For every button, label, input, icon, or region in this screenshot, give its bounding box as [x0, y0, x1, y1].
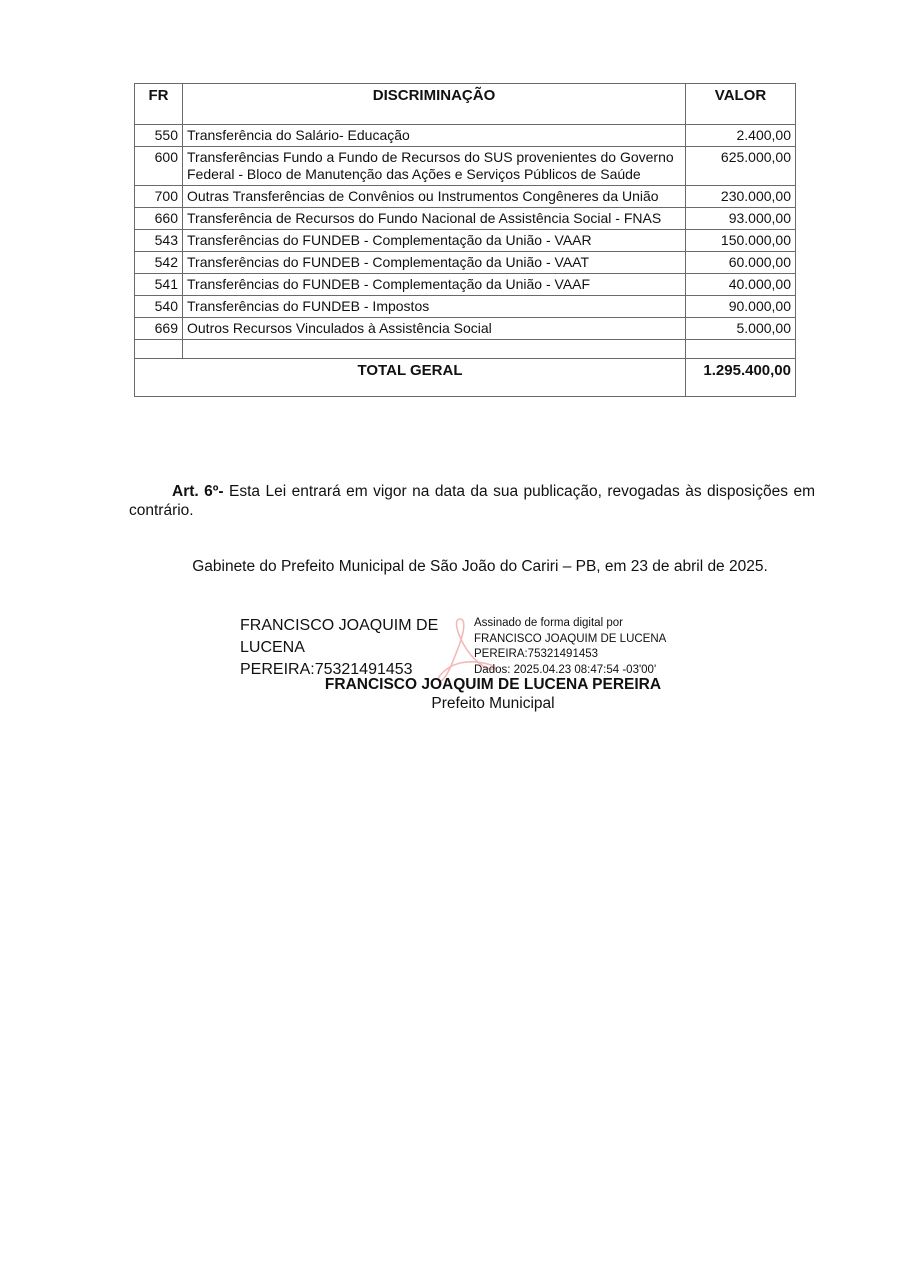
cell-description: Outros Recursos Vinculados à Assistência… — [183, 318, 686, 340]
cell-fr: 600 — [135, 147, 183, 186]
cell-description: Outras Transferências de Convênios ou In… — [183, 186, 686, 208]
cell-value: 90.000,00 — [686, 296, 796, 318]
digital-signature-name: FRANCISCO JOAQUIM DE LUCENA PEREIRA:7532… — [240, 615, 438, 681]
cell-fr: 541 — [135, 274, 183, 296]
article-paragraph: Art. 6º- Esta Lei entrará em vigor na da… — [129, 482, 815, 520]
cell-value: 5.000,00 — [686, 318, 796, 340]
cell-description: Transferências Fundo a Fundo de Recursos… — [183, 147, 686, 186]
signer-role: Prefeito Municipal — [0, 695, 900, 713]
table-row: 550Transferência do Salário- Educação2.4… — [135, 125, 796, 147]
table-row: 540Transferências do FUNDEB - Impostos90… — [135, 296, 796, 318]
cell-fr: 669 — [135, 318, 183, 340]
table-row: 541Transferências do FUNDEB - Complement… — [135, 274, 796, 296]
empty-row — [135, 340, 796, 359]
cell-description: Transferência de Recursos do Fundo Nacio… — [183, 208, 686, 230]
header-value: VALOR — [686, 84, 796, 125]
article-text: Esta Lei entrará em vigor na data da sua… — [129, 483, 815, 519]
cell-value: 625.000,00 — [686, 147, 796, 186]
cell-value: 150.000,00 — [686, 230, 796, 252]
table-row: 660Transferência de Recursos do Fundo Na… — [135, 208, 796, 230]
cell-fr: 550 — [135, 125, 183, 147]
cell-value: 230.000,00 — [686, 186, 796, 208]
cell-description: Transferências do FUNDEB - Impostos — [183, 296, 686, 318]
cell-description: Transferências do FUNDEB - Complementaçã… — [183, 230, 686, 252]
signer-name: FRANCISCO JOAQUIM DE LUCENA PEREIRA — [0, 676, 900, 694]
cell-value: 60.000,00 — [686, 252, 796, 274]
cell-fr: 543 — [135, 230, 183, 252]
cell-value: 2.400,00 — [686, 125, 796, 147]
cell-fr: 700 — [135, 186, 183, 208]
table-row: 700Outras Transferências de Convênios ou… — [135, 186, 796, 208]
digital-signature-info: Assinado de forma digital por FRANCISCO … — [474, 616, 666, 678]
table-row: 542Transferências do FUNDEB - Complement… — [135, 252, 796, 274]
place-date: Gabinete do Prefeito Municipal de São Jo… — [0, 558, 900, 576]
cell-description: Transferências do FUNDEB - Complementaçã… — [183, 274, 686, 296]
header-description: DISCRIMINAÇÃO — [183, 84, 686, 125]
cell-description: Transferências do FUNDEB - Complementaçã… — [183, 252, 686, 274]
article-label: Art. 6º- — [172, 483, 224, 500]
budget-table: FR DISCRIMINAÇÃO VALOR 550Transferência … — [134, 83, 796, 397]
cell-description: Transferência do Salário- Educação — [183, 125, 686, 147]
table-header-row: FR DISCRIMINAÇÃO VALOR — [135, 84, 796, 125]
cell-fr: 660 — [135, 208, 183, 230]
total-value: 1.295.400,00 — [686, 359, 796, 397]
cell-value: 93.000,00 — [686, 208, 796, 230]
cell-value: 40.000,00 — [686, 274, 796, 296]
table-row: 600Transferências Fundo a Fundo de Recur… — [135, 147, 796, 186]
header-fr: FR — [135, 84, 183, 125]
cell-fr: 542 — [135, 252, 183, 274]
cell-fr: 540 — [135, 296, 183, 318]
total-row: TOTAL GERAL 1.295.400,00 — [135, 359, 796, 397]
table-row: 543Transferências do FUNDEB - Complement… — [135, 230, 796, 252]
total-label: TOTAL GERAL — [135, 359, 686, 397]
table-row: 669Outros Recursos Vinculados à Assistên… — [135, 318, 796, 340]
